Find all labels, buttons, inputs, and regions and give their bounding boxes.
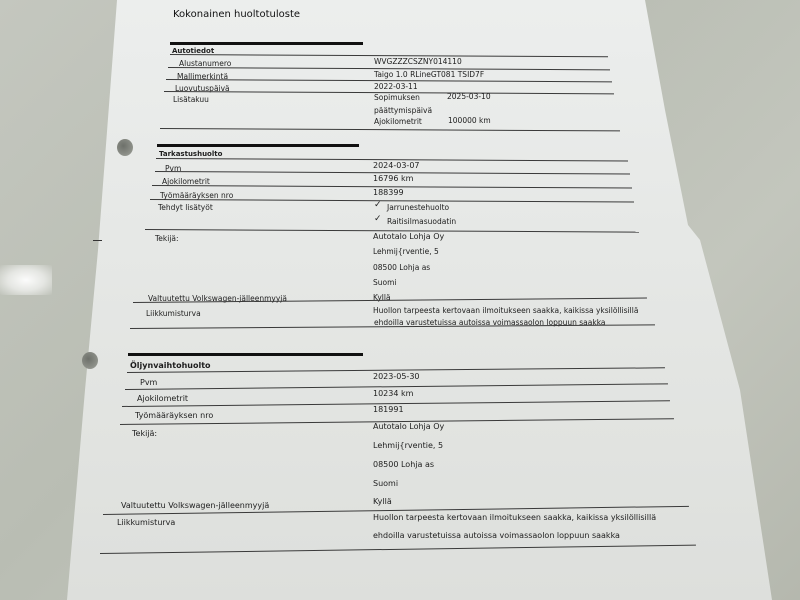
oil-km-value: 10234 km [373, 389, 413, 398]
oil-service-heading: Öljynvaihtohuolto [130, 361, 211, 370]
warranty-km-value: 100000 km [448, 116, 491, 125]
oil-maker-line: 08500 Lohja as [373, 460, 434, 469]
check-icon: ✓ [374, 214, 382, 224]
punch-hole [117, 139, 133, 156]
warranty-end-value: 2025-03-10 [447, 92, 491, 101]
punch-hole [82, 352, 98, 369]
oil-km-label: Ajokilometrit [137, 394, 188, 403]
maker-line: Suomi [373, 278, 397, 287]
warranty-end-label: Sopimuksen [374, 93, 420, 102]
oil-mobility-label: Liikkumisturva [117, 518, 175, 527]
inspection-km-value: 16796 km [373, 174, 413, 183]
warranty-km-label: Ajokilometrit [374, 117, 422, 126]
oil-dealer-label: Valtuutettu Volkswagen-jälleenmyyjä [121, 501, 269, 510]
extra-work-label: Tehdyt lisätyöt [158, 203, 213, 212]
extra-warranty-label: Lisätakuu [173, 95, 209, 104]
extra-work-item: Jarrunestehuolto [387, 203, 449, 212]
oil-dealer-value: Kyllä [373, 497, 392, 506]
delivery-date-value: 2022-03-11 [374, 82, 418, 91]
oil-maker-label: Tekijä: [132, 429, 157, 438]
oil-mobility-line: ehdoilla varustetuissa autoissa voimassa… [373, 531, 620, 540]
oil-order-value: 181991 [373, 405, 404, 414]
check-icon: ✓ [374, 200, 382, 210]
maker-line: Lehmij{rventie, 5 [373, 247, 439, 256]
margin-mark [93, 240, 102, 241]
maker-line: Autotalo Lohja Oy [373, 232, 444, 241]
light-reflection [0, 265, 52, 295]
oil-date-value: 2023-05-30 [373, 372, 420, 381]
oil-maker-line: Suomi [373, 479, 398, 488]
oil-date-label: Pvm [140, 378, 157, 387]
extra-work-item: Raitisilmasuodatin [387, 217, 456, 226]
section-rule [170, 42, 363, 45]
section-rule [128, 353, 363, 356]
document-title: Kokonainen huoltotuloste [173, 9, 300, 20]
vin-value: WVGZZZCSZNY014110 [374, 57, 462, 66]
oil-maker-line: Lehmij{rventie, 5 [373, 441, 443, 450]
oil-order-label: Työmääräyksen nro [135, 411, 213, 420]
inspection-date-value: 2024-03-07 [373, 161, 420, 170]
oil-maker-line: Autotalo Lohja Oy [373, 422, 444, 431]
oil-mobility-line: Huollon tarpeesta kertovaan ilmoitukseen… [373, 513, 656, 522]
warranty-end-label-2: päättymispäivä [374, 106, 432, 115]
mobility-line: Huollon tarpeesta kertovaan ilmoitukseen… [373, 306, 638, 315]
model-value: Taigo 1.0 RLineGT081 TSID7F [374, 70, 484, 79]
maker-label: Tekijä: [155, 234, 179, 243]
inspection-heading: Tarkastushuolto [159, 150, 222, 158]
maker-line: 08500 Lohja as [373, 263, 430, 272]
mobility-label: Liikkumisturva [146, 309, 201, 318]
section-rule [157, 144, 359, 147]
inspection-order-value: 188399 [373, 188, 404, 197]
